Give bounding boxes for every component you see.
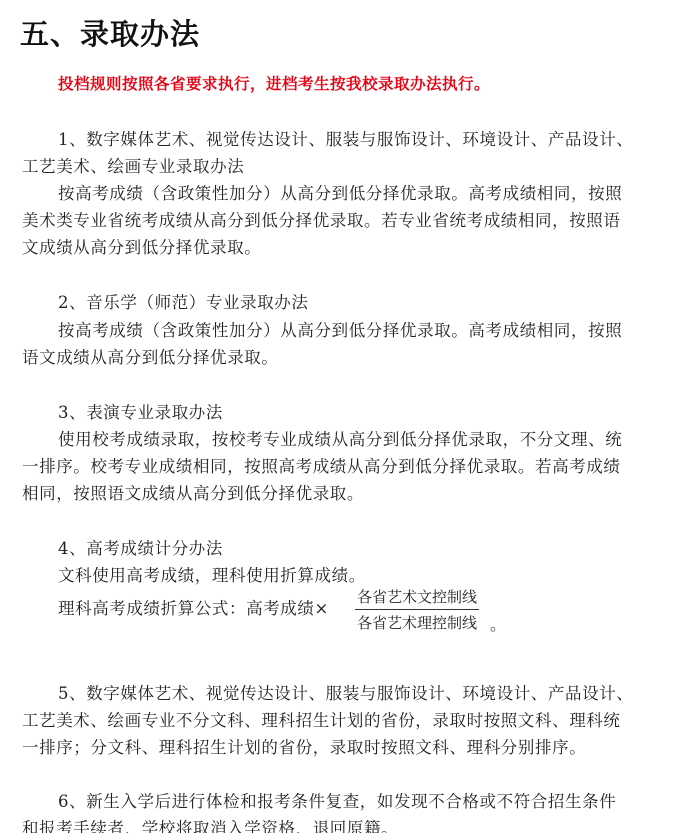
item-5-body-line-2: 一排序；分文科、理科招生计划的省份，录取时按照文科、理科分别排序。 xyxy=(22,734,586,758)
notice-text: 投档规则按照各省要求执行，进档考生按我校录取办法执行。 xyxy=(58,72,490,94)
item-1-heading-line-1: 1、数字媒体艺术、视觉传达设计、服装与服饰设计、环境设计、产品设计、 xyxy=(58,126,633,150)
item-3-heading: 3、表演专业录取办法 xyxy=(58,399,223,423)
item-2-body-line-1: 按高考成绩（含政策性加分）从高分到低分择优录取。高考成绩相同，按照 xyxy=(58,317,622,341)
item-4-formula-label: 理科高考成绩折算公式：高考成绩× xyxy=(58,595,329,619)
item-6-heading: 6、新生入学后进行体检和报考条件复查，如发现不合格或不符合招生条件 xyxy=(58,788,616,812)
item-2-body-line-2: 语文成绩从高分到低分择优录取。 xyxy=(22,344,279,368)
item-1-heading-line-2: 工艺美术、绘画专业录取办法 xyxy=(22,153,244,177)
formula-period: 。 xyxy=(490,612,506,635)
item-1-body-line-2: 美术类专业省统考成绩从高分到低分择优录取。若专业省统考成绩相同，按照语 xyxy=(22,207,621,231)
item-6-body-line-1: 和报考手续者，学校将取消入学资格，退回原籍。 xyxy=(22,815,398,833)
formula-denominator: 各省艺术理控制线 xyxy=(355,610,479,633)
item-3-body-line-1: 使用校考成绩录取，按校考专业成绩从高分到低分择优录取，不分文理、统 xyxy=(58,426,622,450)
item-3-body-line-2: 一排序。校考专业成绩相同，按照高考成绩从高分到低分择优录取。若高考成绩 xyxy=(22,453,621,477)
item-1-body-line-1: 按高考成绩（含政策性加分）从高分到低分择优录取。高考成绩相同，按照 xyxy=(58,180,622,204)
item-5-body-line-1: 工艺美术、绘画专业不分文科、理科招生计划的省份，录取时按照文科、理科统 xyxy=(22,707,621,731)
section-title: 五、录取办法 xyxy=(20,12,200,53)
item-4-body-line-1: 文科使用高考成绩，理科使用折算成绩。 xyxy=(58,562,366,586)
formula-fraction: 各省艺术文控制线 各省艺术理控制线 xyxy=(355,586,479,633)
item-4-heading: 4、高考成绩计分办法 xyxy=(58,535,223,559)
item-5-heading: 5、数字媒体艺术、视觉传达设计、服装与服饰设计、环境设计、产品设计、 xyxy=(58,680,633,704)
item-2-heading: 2、音乐学（师范）专业录取办法 xyxy=(58,289,309,313)
item-3-body-line-3: 相同，按照语文成绩从高分到低分择优录取。 xyxy=(22,480,364,504)
formula-numerator: 各省艺术文控制线 xyxy=(355,586,479,610)
item-1-body-line-3: 文成绩从高分到低分择优录取。 xyxy=(22,234,261,258)
